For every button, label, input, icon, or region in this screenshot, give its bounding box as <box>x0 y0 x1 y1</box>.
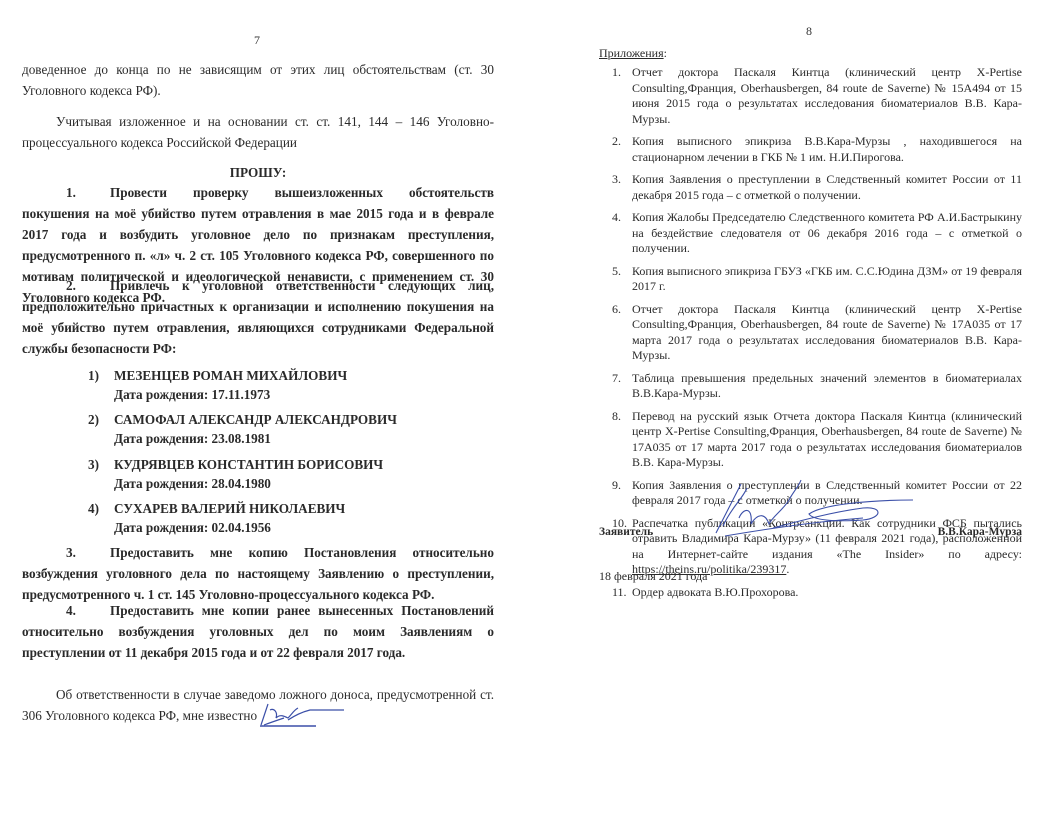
person-number: 2) <box>88 410 114 429</box>
attachment-text: Перевод на русский язык Отчета доктора П… <box>632 409 1022 470</box>
signer-label: Заявитель <box>599 526 653 538</box>
person-dob: Дата рождения: 17.11.1973 <box>88 385 347 404</box>
person-dob: Дата рождения: 23.08.1981 <box>88 429 397 448</box>
attachment-number: 11. <box>612 585 632 601</box>
person-name: МЕЗЕНЦЕВ РОМАН МИХАЙЛОВИЧ <box>114 368 347 383</box>
attachment-text: Копия Заявления о преступлении в Следств… <box>632 172 1022 202</box>
attachment-number: 5. <box>612 264 632 280</box>
person-entry-3: 3)КУДРЯВЦЕВ КОНСТАНТИН БОРИСОВИЧ Дата ро… <box>88 455 383 493</box>
attachments-colon: : <box>664 46 667 60</box>
document-page-8: 8 Приложения: 1.Отчет доктора Паскаля Ки… <box>530 0 1060 831</box>
attachment-number: 2. <box>612 134 632 150</box>
attachment-text: Ордер адвоката В.Ю.Прохорова. <box>632 585 798 599</box>
attachment-item: 1.Отчет доктора Паскаля Кинтца (клиничес… <box>612 65 1022 127</box>
attachment-number: 9. <box>612 478 632 494</box>
attachment-number: 4. <box>612 210 632 226</box>
continuation-paragraph: доведенное до конца по не зависящим от э… <box>22 59 494 101</box>
request-item-3: 3.Предоставить мне копию Постановления о… <box>22 542 494 605</box>
person-dob: Дата рождения: 28.04.1980 <box>88 474 383 493</box>
attachment-text: Таблица превышения предельных значений э… <box>632 371 1022 401</box>
attachment-item: 8.Перевод на русский язык Отчета доктора… <box>612 409 1022 471</box>
person-dob: Дата рождения: 02.04.1956 <box>88 518 345 537</box>
attachment-text-end: . <box>786 562 789 576</box>
preamble-paragraph: Учитывая изложенное и на основании ст. с… <box>22 111 494 153</box>
attachment-item: 3.Копия Заявления о преступлении в Следс… <box>612 172 1022 203</box>
attachment-item: 7.Таблица превышения предельных значений… <box>612 371 1022 402</box>
attachment-text: Отчет доктора Паскаля Кинтца (клинически… <box>632 302 1022 363</box>
person-number: 4) <box>88 499 114 518</box>
attachment-number: 8. <box>612 409 632 425</box>
attachment-text: Копия выписного эпикриза ГБУЗ «ГКБ им. С… <box>632 264 1022 294</box>
attachment-item: 6.Отчет доктора Паскаля Кинтца (клиничес… <box>612 302 1022 364</box>
attachment-item: 11.Ордер адвоката В.Ю.Прохорова. <box>612 585 1022 601</box>
attachment-number: 3. <box>612 172 632 188</box>
document-page-7: 7 доведенное до конца по не зависящим от… <box>0 0 530 831</box>
person-entry-4: 4)СУХАРЕВ ВАЛЕРИЙ НИКОЛАЕВИЧ Дата рожден… <box>88 499 345 537</box>
attachment-number: 1. <box>612 65 632 81</box>
attachment-item: 2.Копия выписного эпикриза В.В.Кара-Мурз… <box>612 134 1022 165</box>
request-number: 4. <box>66 600 110 621</box>
attachment-number: 6. <box>612 302 632 318</box>
person-name: КУДРЯВЦЕВ КОНСТАНТИН БОРИСОВИЧ <box>114 457 383 472</box>
attachment-item: 4.Копия Жалобы Председателю Следственног… <box>612 210 1022 257</box>
request-number: 1. <box>66 182 110 203</box>
request-number: 3. <box>66 542 110 563</box>
attachment-text: Отчет доктора Паскаля Кинтца (клинически… <box>632 65 1022 126</box>
person-name: САМОФАЛ АЛЕКСАНДР АЛЕКСАНДРОВИЧ <box>114 412 397 427</box>
page-number: 8 <box>806 24 812 39</box>
attachment-number: 7. <box>612 371 632 387</box>
page-number: 7 <box>254 33 260 48</box>
request-item-4: 4.Предоставить мне копии ранее вынесенны… <box>22 600 494 663</box>
person-entry-1: 1)МЕЗЕНЦЕВ РОМАН МИХАЙЛОВИЧ Дата рождени… <box>88 366 347 404</box>
person-name: СУХАРЕВ ВАЛЕРИЙ НИКОЛАЕВИЧ <box>114 501 345 516</box>
attachments-title-text: Приложения <box>599 46 664 60</box>
request-heading: ПРОШУ: <box>22 162 494 183</box>
signature-small-icon <box>258 700 348 728</box>
person-number: 1) <box>88 366 114 385</box>
document-date: 18 февраля 2021 года <box>599 569 707 584</box>
attachment-text: Копия выписного эпикриза В.В.Кара-Мурзы … <box>632 134 1022 164</box>
request-number: 2. <box>66 275 110 296</box>
attachment-item: 5.Копия выписного эпикриза ГБУЗ «ГКБ им.… <box>612 264 1022 295</box>
attachment-text: Копия Жалобы Председателю Следственного … <box>632 210 1022 255</box>
attachments-title: Приложения: <box>599 46 667 61</box>
person-entry-2: 2)САМОФАЛ АЛЕКСАНДР АЛЕКСАНДРОВИЧ Дата р… <box>88 410 397 448</box>
signer-name: В.В.Кара-Мурза <box>938 526 1022 538</box>
person-number: 3) <box>88 455 114 474</box>
signature-row: Заявитель В.В.Кара-Мурза <box>599 526 1022 538</box>
request-item-2: 2.Привлечь к уголовной ответственности с… <box>22 275 494 359</box>
